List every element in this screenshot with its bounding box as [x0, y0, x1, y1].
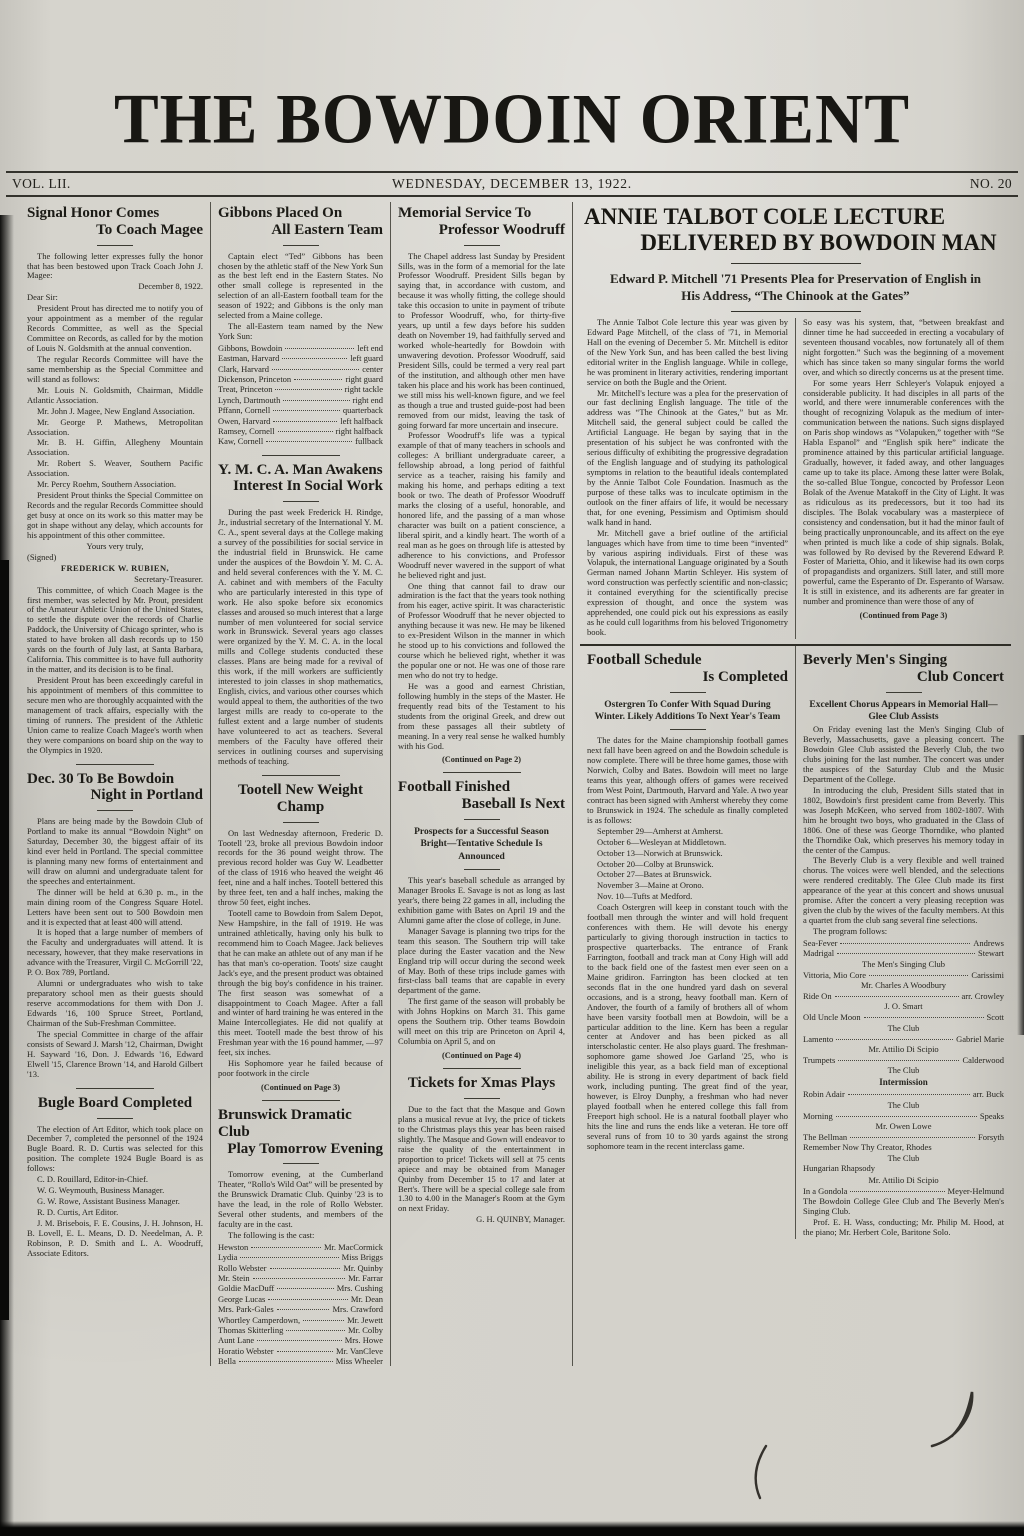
cast-row: Rollo WebsterMr. Quinby — [218, 1263, 383, 1273]
player-name: Lynch, Dartmouth — [218, 395, 280, 405]
article-memorial: Memorial Service ToProfessor Woodruff Th… — [398, 205, 565, 764]
subheadline: Prospects for a Successful Season Bright… — [404, 826, 559, 863]
cast-actor: Mrs. Cushing — [337, 1283, 383, 1293]
paragraph: This year's baseball schedule as arrange… — [398, 876, 565, 926]
cast-row: HewstonMr. MacCormick — [218, 1242, 383, 1252]
paragraph: Due to the fact that the Masque and Gown… — [398, 1105, 565, 1214]
intermission-heading: Intermission — [803, 1077, 1004, 1087]
paragraph: The dates for the Maine championship foo… — [587, 736, 788, 825]
lead-headline-line-1: ANNIE TALBOT COLE LECTURE — [580, 204, 1011, 230]
dateline-band: VOL. LII. WEDNESDAY, DECEMBER 13, 1922. … — [6, 171, 1018, 197]
program-row: Robin Adairarr. Buck — [803, 1089, 1004, 1099]
dot-leader — [840, 943, 970, 944]
continued-notice: (Continued on Page 2) — [398, 755, 565, 764]
dot-leader — [838, 1060, 959, 1061]
paragraph: Professor Woodruff's life was a typical … — [398, 431, 565, 580]
cast-role: Lydia — [218, 1252, 237, 1262]
letter-signature-title: Secretary-Treasurer. — [27, 575, 203, 585]
paragraph: The dinner will be held at 6.30 p. m., i… — [27, 888, 203, 928]
lead-headline-line-2: DELIVERED BY BOWDOIN MAN — [580, 230, 1011, 256]
article-bowdoin-night: Dec. 30 To Be BowdoinNight in Portland P… — [27, 771, 203, 1080]
article-gibbons: Gibbons Placed OnAll Eastern Team Captai… — [218, 205, 383, 447]
subhead-rule — [464, 869, 500, 870]
headline-rule — [886, 692, 922, 693]
program-line: The Bowdoin College Glee Club and The Be… — [803, 1197, 1004, 1217]
headline: Dec. 30 To Be BowdoinNight in Portland — [27, 771, 203, 805]
paragraph: It is hoped that a large number of membe… — [27, 928, 203, 978]
player-name: Owen, Harvard — [218, 416, 270, 426]
headline-line-2: To Coach Magee — [27, 222, 203, 239]
schedule-item: September 29—Amherst at Amherst. — [587, 827, 788, 837]
continued-notice: (Continued on Page 4) — [398, 1051, 565, 1060]
cast-role: Bella — [218, 1356, 236, 1366]
program-line: Remember Now Thy Creator, Rhodes — [803, 1143, 1004, 1153]
cast-actor: Miss Briggs — [342, 1252, 383, 1262]
program-row: Sea-FeverAndrews — [803, 938, 1004, 948]
section-rule — [76, 764, 154, 765]
schedule-item: October 27—Bates at Brunswick. — [587, 870, 788, 880]
headline-line-1: Brunswick Dramatic Club — [218, 1107, 383, 1141]
paragraph: Coach Ostergren will keep in constant to… — [587, 903, 788, 1151]
bottom-sections: Football ScheduleIs Completed Ostergren … — [580, 644, 1011, 1239]
subhead-rule — [670, 729, 706, 730]
schedule-item: October 6—Wesleyan at Middletown. — [587, 838, 788, 848]
cast-role: Horatio Webster — [218, 1346, 274, 1356]
board-member: C. D. Rouillard, Editor-in-Chief. — [27, 1175, 203, 1185]
schedule-item: Nov. 10—Tufts at Medford. — [587, 892, 788, 902]
dot-leader — [850, 1137, 975, 1138]
performer-line: Mr. Attilio Di Scipio — [803, 1044, 1004, 1054]
cast-role: Goldie MacDuff — [218, 1283, 274, 1293]
dot-leader — [286, 1330, 345, 1331]
dot-leader — [273, 421, 337, 422]
paragraph: Tootell came to Bowdoin from Salem Depot… — [218, 909, 383, 1058]
performer-line: Mr. Owen Lowe — [803, 1121, 1004, 1131]
piece-title: Sea-Fever — [803, 938, 837, 948]
dot-leader — [850, 1191, 944, 1192]
subhead-rule — [731, 311, 861, 312]
performer-line: The Club — [803, 1065, 1004, 1075]
piece-title: Vittoria, Mio Core — [803, 970, 866, 980]
paragraph: The program follows: — [803, 927, 1004, 937]
board-member: W. G. Weymouth, Business Manager. — [27, 1186, 203, 1196]
piece-title: Robin Adair — [803, 1089, 845, 1099]
paragraph: For some years Herr Schleyer's Volapuk e… — [803, 379, 1004, 608]
program-row: MorningSpeaks — [803, 1111, 1004, 1121]
paragraph: The following is the cast: — [218, 1231, 383, 1241]
dot-leader — [282, 358, 347, 359]
section-rule — [262, 455, 340, 456]
cast-actor: Mrs. Howe — [345, 1335, 383, 1345]
piece-composer: arr. Buck — [973, 1089, 1004, 1099]
roster-row: Clark, Harvardcenter — [218, 364, 383, 374]
dot-leader — [270, 1268, 341, 1269]
paragraph: In introducing the club, President Sills… — [803, 786, 1004, 856]
cast-row: George LucasMr. Dean — [218, 1294, 383, 1304]
cast-actor: Mrs. Crawford — [332, 1304, 383, 1314]
section-rule — [443, 1068, 521, 1069]
paragraph: Tomorrow evening, at the Cumberland Thea… — [218, 1170, 383, 1230]
headline-rule — [283, 245, 319, 246]
performer-line: J. O. Smart — [803, 1001, 1004, 1011]
dot-leader — [835, 996, 959, 997]
letter-signature: FREDERICK W. RUBIEN, — [27, 564, 203, 574]
piece-title: Lamento — [803, 1034, 833, 1044]
cast-role: Thomas Skitterling — [218, 1325, 283, 1335]
paragraph: Manager Savage is planning two trips for… — [398, 927, 565, 997]
dot-leader — [303, 1320, 344, 1321]
cast-row: Whortley Camperdown,Mr. Jewett — [218, 1315, 383, 1325]
cast-role: Mr. Stein — [218, 1273, 250, 1283]
program-line: Hungarian Rhapsody — [803, 1164, 1004, 1174]
scan-edge-right — [1017, 735, 1024, 1035]
piece-title: The Bellman — [803, 1132, 847, 1142]
headline-line-2: Baseball Is Next — [398, 796, 565, 813]
committee-member: Mr. Percy Roehm, Southern Association. — [27, 480, 203, 490]
article-signal-honor: Signal Honor ComesTo Coach Magee The fol… — [27, 205, 203, 756]
headline-rule — [283, 822, 319, 823]
player-name: Pffann, Cornell — [218, 405, 270, 415]
headline-line-1: Football Schedule — [587, 652, 788, 669]
performer-line: Mr. Attilio Di Scipio — [803, 1175, 1004, 1185]
cast-row: BellaMiss Wheeler — [218, 1356, 383, 1366]
issue-number: NO. 20 — [892, 176, 1012, 192]
headline: Football ScheduleIs Completed — [587, 652, 788, 686]
player-position: fullback — [355, 436, 383, 446]
headline: Tickets for Xmas Plays — [398, 1075, 565, 1092]
headline-line-1: Dec. 30 To Be Bowdoin — [27, 771, 203, 788]
column-1: Signal Honor ComesTo Coach Magee The fol… — [20, 202, 210, 1366]
dot-leader — [285, 348, 354, 349]
cast-role: Whortley Camperdown, — [218, 1315, 300, 1325]
masthead: THE BOWDOIN ORIENT VOL. LII. WEDNESDAY, … — [0, 0, 1024, 197]
player-position: quarterback — [343, 405, 383, 415]
dot-leader — [239, 1361, 333, 1362]
section-rule — [76, 1088, 154, 1089]
paragraph: The Chapel address last Sunday by Presid… — [398, 252, 565, 431]
cast-row: LydiaMiss Briggs — [218, 1252, 383, 1262]
dot-leader — [240, 1257, 338, 1258]
roster-row: Owen, Harvardleft halfback — [218, 416, 383, 426]
headline-line-2: All Eastern Team — [218, 222, 383, 239]
board-member: R. D. Curtis, Art Editor. — [27, 1208, 203, 1218]
roster-row: Ramsey, Cornellright halfback — [218, 426, 383, 436]
headline-line-2: Interest In Social Work — [218, 478, 383, 495]
headline-line-2: Night in Portland — [27, 787, 203, 804]
section-rule — [262, 1100, 340, 1101]
program-row: Vittoria, Mio CoreCarissimi — [803, 970, 1004, 980]
committee-member: Mr. George P. Mathews, Metropolitan Asso… — [27, 418, 203, 438]
continued-notice: (Continued on Page 3) — [218, 1083, 383, 1092]
article-bugle-board: Bugle Board Completed The election of Ar… — [27, 1095, 203, 1259]
paragraph: So easy was his system, that, “between b… — [803, 318, 1004, 378]
letter-signed: (Signed) — [27, 553, 203, 563]
player-position: center — [362, 364, 383, 374]
player-position: left halfback — [340, 416, 383, 426]
headline-line-2: Professor Woodruff — [398, 222, 565, 239]
cast-role: Mrs. Park-Gales — [218, 1304, 274, 1314]
dot-leader — [277, 1309, 330, 1310]
headline-rule — [283, 501, 319, 502]
piece-composer: Gabriel Marie — [956, 1034, 1004, 1044]
paragraph: The Beverly Club is a very flexible and … — [803, 856, 1004, 926]
paragraph: Alumni or undergraduates who wish to tak… — [27, 979, 203, 1029]
paragraph: Mr. Mitchell gave a brief outline of the… — [587, 529, 788, 638]
headline: Memorial Service ToProfessor Woodruff — [398, 205, 565, 239]
subheadline: Excellent Chorus Appears in Memorial Hal… — [809, 699, 998, 724]
dot-leader — [268, 1299, 348, 1300]
headline: Beverly Men's SingingClub Concert — [803, 652, 1004, 686]
headline: Brunswick Dramatic ClubPlay Tomorrow Eve… — [218, 1107, 383, 1157]
schedule-item: November 3—Maine at Orono. — [587, 881, 788, 891]
dot-leader — [864, 1017, 984, 1018]
letter-salutation: Dear Sir: — [27, 293, 203, 303]
paragraph: The following letter expresses fully the… — [27, 252, 203, 282]
cast-actor: Mr. Farrar — [348, 1273, 383, 1283]
article-dramatic-club: Brunswick Dramatic ClubPlay Tomorrow Eve… — [218, 1107, 383, 1366]
dot-leader — [836, 1039, 953, 1040]
dot-leader — [272, 369, 359, 370]
cast-row: Horatio WebsterMr. VanCleve — [218, 1346, 383, 1356]
paragraph: On Friday evening last the Men's Singing… — [803, 725, 1004, 785]
dot-leader — [275, 389, 341, 390]
cast-actor: Miss Wheeler — [336, 1356, 383, 1366]
roster-row: Lynch, Dartmouthright end — [218, 395, 383, 405]
piece-title: Madrigal — [803, 948, 834, 958]
article-baseball-next: Football FinishedBaseball Is Next Prospe… — [398, 779, 565, 1060]
headline-rule — [464, 1098, 500, 1099]
board-member: G. W. Rowe, Assistant Business Manager. — [27, 1197, 203, 1207]
headline-rule — [283, 1163, 319, 1164]
volume-label: VOL. LII. — [12, 176, 132, 192]
headline-line-2: Is Completed — [587, 669, 788, 686]
cast-row: Aunt LaneMrs. Howe — [218, 1335, 383, 1345]
performer-line: The Men's Singing Club — [803, 959, 1004, 969]
committee-member: Mr. John J. Magee, New England Associati… — [27, 407, 203, 417]
column-grid: Signal Honor ComesTo Coach Magee The fol… — [0, 197, 1024, 1366]
paragraph: Mr. Mitchell's lecture was a plea for th… — [587, 389, 788, 528]
piece-composer: Carissimi — [971, 970, 1004, 980]
beverly-concert-section: Beverly Men's SingingClub Concert Excell… — [795, 646, 1011, 1239]
player-name: Ramsey, Cornell — [218, 426, 275, 436]
schedule-item: October 13—Norwich at Brunswick. — [587, 849, 788, 859]
player-position: right end — [353, 395, 383, 405]
player-position: right guard — [345, 374, 383, 384]
roster-row: Kaw, Cornellfullback — [218, 436, 383, 446]
player-position: right halfback — [336, 426, 383, 436]
headline: Bugle Board Completed — [27, 1095, 203, 1112]
dot-leader — [278, 431, 333, 432]
lead-right-column: So easy was his system, that, “between b… — [795, 318, 1011, 639]
headline-rule — [464, 819, 500, 820]
column-lead: ANNIE TALBOT COLE LECTURE DELIVERED BY B… — [572, 202, 1018, 1366]
headline-line-2: Club Concert — [803, 669, 1004, 686]
roster-row: Pffann, Cornellquarterback — [218, 405, 383, 415]
article-ymca: Y. M. C. A. Man AwakensInterest In Socia… — [218, 462, 383, 767]
paragraph: The special Committee in charge of the a… — [27, 1030, 203, 1080]
subheadline: Ostergren To Confer With Squad During Wi… — [593, 699, 782, 724]
program-row: Ride Onarr. Crowley — [803, 991, 1004, 1001]
pen-mark — [926, 1386, 988, 1458]
cast-actor: Mr. VanCleve — [336, 1346, 383, 1356]
headline-rule — [97, 245, 133, 246]
program-row: Old Uncle MoonScott — [803, 1012, 1004, 1022]
lead-subheadline: Edward P. Mitchell '71 Presents Plea for… — [610, 270, 982, 305]
dot-leader — [266, 441, 352, 442]
player-name: Kaw, Cornell — [218, 436, 263, 446]
player-name: Eastman, Harvard — [218, 353, 279, 363]
dot-leader — [837, 953, 975, 954]
paragraph: President Prout thinks the Special Commi… — [27, 491, 203, 541]
article-football-schedule: Football ScheduleIs Completed Ostergren … — [587, 652, 788, 1152]
piece-title: Ride On — [803, 991, 832, 1001]
headline-line-1: Y. M. C. A. Man Awakens — [218, 462, 383, 479]
credits-line: Prof. E. H. Wass, conducting; Mr. Philip… — [803, 1218, 1004, 1238]
paragraph: President Prout has been exceedingly car… — [27, 676, 203, 756]
piece-composer: Forsyth — [978, 1132, 1004, 1142]
piece-composer: Andrews — [973, 938, 1004, 948]
performer-line: The Club — [803, 1023, 1004, 1033]
committee-member: Mr. Robert S. Weaver, Southern Pacific A… — [27, 459, 203, 479]
committee-member: Mr. Louis N. Goldsmith, Chairman, Middle… — [27, 386, 203, 406]
piece-composer: Scott — [987, 1012, 1004, 1022]
piece-composer: Calderwood — [962, 1055, 1004, 1065]
paragraph: On last Wednesday afternoon, Frederic D.… — [218, 829, 383, 909]
headline: Signal Honor ComesTo Coach Magee — [27, 205, 203, 239]
headline: Football FinishedBaseball Is Next — [398, 779, 565, 813]
performer-line: The Club — [803, 1153, 1004, 1163]
schedule-item: October 20—Colby at Brunswick. — [587, 860, 788, 870]
headline-rule — [97, 1118, 133, 1119]
headline: Tootell New Weight Champ — [218, 782, 383, 816]
headline-line-1: Beverly Men's Singing — [803, 652, 1004, 669]
piece-title: Old Uncle Moon — [803, 1012, 861, 1022]
dot-leader — [836, 1116, 977, 1117]
article-xmas-tickets: Tickets for Xmas Plays Due to the fact t… — [398, 1075, 565, 1225]
paragraph: President Prout has directed me to notif… — [27, 304, 203, 354]
scan-edge-bottom — [0, 1521, 1024, 1536]
cast-row: Thomas SkitterlingMr. Colby — [218, 1325, 383, 1335]
paragraph: One thing that cannot fail to draw our a… — [398, 582, 565, 681]
dot-leader — [848, 1094, 970, 1095]
headline-line-1: Gibbons Placed On — [218, 205, 383, 222]
player-position: left end — [357, 343, 383, 353]
cast-actor: Mr. Jewett — [347, 1315, 383, 1325]
paragraph: The first game of the season will probab… — [398, 997, 565, 1047]
player-name: Dickenson, Princeton — [218, 374, 291, 384]
paragraph: This committee, of which Coach Magee is … — [27, 586, 203, 675]
headline-rule — [464, 245, 500, 246]
paragraph: The regular Records Committee will have … — [27, 355, 203, 385]
article-cole-lecture: ANNIE TALBOT COLE LECTURE DELIVERED BY B… — [580, 204, 1011, 639]
paragraph: During the past week Frederick H. Rindge… — [218, 508, 383, 766]
program-row: The BellmanForsyth — [803, 1132, 1004, 1142]
article-beverly-concert: Beverly Men's SingingClub Concert Excell… — [803, 652, 1004, 1238]
piece-composer: Stewart — [978, 948, 1004, 958]
piece-composer: Speaks — [980, 1111, 1004, 1121]
cast-role: Hewston — [218, 1242, 248, 1252]
committee-member: Mr. B. H. Giffin, Allegheny Mountain Ass… — [27, 438, 203, 458]
cast-actor: Mr. Quinby — [343, 1263, 383, 1273]
roster-row: Dickenson, Princetonright guard — [218, 374, 383, 384]
pen-mark — [748, 1442, 774, 1502]
piece-title: Morning — [803, 1111, 833, 1121]
headline-rule — [670, 692, 706, 693]
piece-title: Trumpets — [803, 1055, 835, 1065]
performer-line: Mr. Charles A Woodbury — [803, 980, 1004, 990]
paragraph: The Annie Talbot Cole lecture this year … — [587, 318, 788, 388]
cast-row: Mrs. Park-GalesMrs. Crawford — [218, 1304, 383, 1314]
program-row: TrumpetsCalderwood — [803, 1055, 1004, 1065]
paragraph: Plans are being made by the Bowdoin Club… — [27, 817, 203, 887]
program-row: LamentoGabriel Marie — [803, 1034, 1004, 1044]
cast-row: Goldie MacDuffMrs. Cushing — [218, 1283, 383, 1293]
dot-leader — [294, 379, 342, 380]
letter-closing: Yours very truly, — [27, 542, 203, 552]
player-position: left guard — [350, 353, 383, 363]
roster-row: Eastman, Harvardleft guard — [218, 353, 383, 363]
dot-leader — [277, 1351, 333, 1352]
byline: G. H. QUINBY, Manager. — [398, 1215, 565, 1225]
headline: Gibbons Placed OnAll Eastern Team — [218, 205, 383, 239]
program-row: MadrigalStewart — [803, 948, 1004, 958]
headline-line-1: Memorial Service To — [398, 205, 565, 222]
section-rule — [443, 772, 521, 773]
dot-leader — [257, 1340, 342, 1341]
masthead-title: THE BOWDOIN ORIENT — [0, 84, 1024, 155]
column-3: Memorial Service ToProfessor Woodruff Th… — [390, 202, 572, 1366]
board-member: J. M. Brisebois, F. E. Cousins, J. H. Jo… — [27, 1219, 203, 1259]
headline-line-1: Football Finished — [398, 779, 565, 796]
cast-role: George Lucas — [218, 1294, 265, 1304]
player-name: Treat, Princeton — [218, 384, 272, 394]
dot-leader — [283, 400, 349, 401]
paragraph: The election of Art Editor, which took p… — [27, 1125, 203, 1175]
letter-date: December 8, 1922. — [27, 282, 203, 292]
cast-row: Mr. SteinMr. Farrar — [218, 1273, 383, 1283]
paragraph: The all-Eastern team named by the New Yo… — [218, 322, 383, 342]
player-name: Gibbons, Bowdoin — [218, 343, 282, 353]
dot-leader — [277, 1288, 333, 1289]
cast-actor: Mr. MacCormick — [324, 1242, 383, 1252]
performer-line: The Club — [803, 1100, 1004, 1110]
section-rule — [262, 775, 340, 776]
paragraph: His Sophomore year he failed because of … — [218, 1059, 383, 1079]
headline-rule — [731, 263, 861, 264]
lead-article-columns: The Annie Talbot Cole lecture this year … — [580, 318, 1011, 639]
dot-leader — [869, 975, 968, 976]
newspaper-page: THE BOWDOIN ORIENT VOL. LII. WEDNESDAY, … — [0, 0, 1024, 1536]
continued-notice: (Continued from Page 3) — [803, 611, 1004, 620]
football-schedule-section: Football ScheduleIs Completed Ostergren … — [580, 646, 795, 1239]
roster-row: Gibbons, Bowdoinleft end — [218, 343, 383, 353]
issue-date: WEDNESDAY, DECEMBER 13, 1922. — [132, 176, 892, 192]
cast-actor: Mr. Dean — [351, 1294, 383, 1304]
dot-leader — [273, 410, 340, 411]
paragraph: Captain elect “Ted” Gibbons has been cho… — [218, 252, 383, 322]
roster-row: Treat, Princetonright tackle — [218, 384, 383, 394]
player-name: Clark, Harvard — [218, 364, 269, 374]
cast-role: Aunt Lane — [218, 1335, 254, 1345]
paragraph: He was a good and earnest Christian, fol… — [398, 682, 565, 752]
lead-left-column: The Annie Talbot Cole lecture this year … — [580, 318, 795, 639]
dot-leader — [251, 1247, 321, 1248]
piece-composer: arr. Crowley — [962, 991, 1005, 1001]
column-2: Gibbons Placed OnAll Eastern Team Captai… — [210, 202, 390, 1366]
dot-leader — [253, 1278, 345, 1279]
article-tootell: Tootell New Weight Champ On last Wednesd… — [218, 782, 383, 1092]
scan-edge-left-dark — [0, 560, 9, 1320]
